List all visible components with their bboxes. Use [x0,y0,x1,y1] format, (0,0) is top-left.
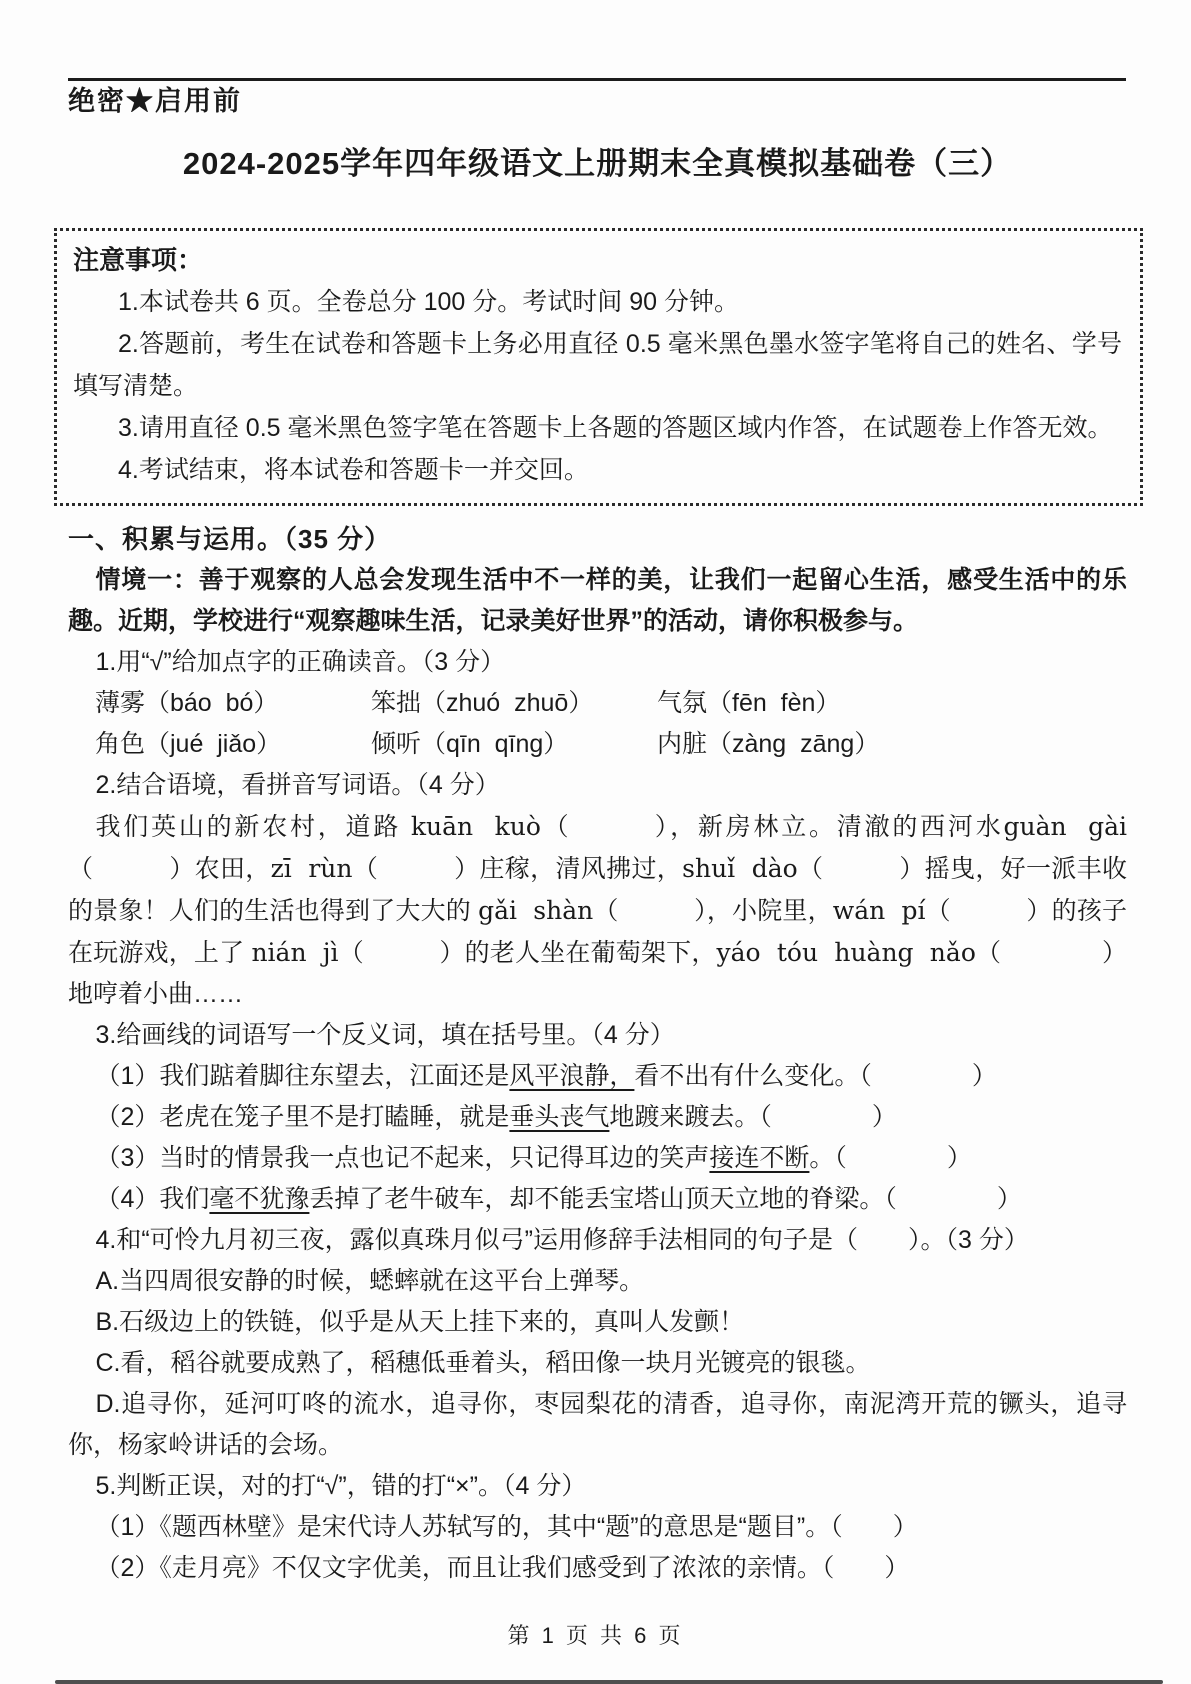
q1-row2-item-3: 内脏（zàng zāng） [657,724,879,765]
q5-stem: 5.判断正误，对的打“√”，错的打“×”。（4 分） [68,1466,1127,1507]
q3-item-1: （1）我们踮着脚往东望去，江面还是风平浪静，看不出有什么变化。（ ） [68,1056,1127,1097]
q1-row2-item-2: 倾听（qīn qīng） [371,724,657,765]
pinyin-text: nián jì [251,938,338,967]
q4-options-item-1: A.当四周很安静的时候，蟋蟀就在这平台上弹琴。 [68,1261,1127,1302]
q3-item-post: 地踱来踱去。（ ） [609,1103,897,1131]
q1-row1-item-1: 薄雾（báo bó） [95,683,371,724]
q3-item-post: 。（ ） [809,1144,972,1172]
q5-items-item-2: （2）《走月亮》不仅文字优美，而且让我们感受到了浓浓的亲情。（ ） [68,1548,1127,1589]
section-one-heading: 一、积累与运用。（35 分） [68,518,1127,560]
notice-items-item-2: 2.答题前，考生在试卷和答题卡上务必用直径 0.5 毫米黑色墨水签字笔将自己的姓… [73,323,1122,407]
q3-item-4: （4）我们毫不犹豫丢掉了老牛破车，却不能丢宝塔山顶天立地的脊梁。（ ） [68,1179,1127,1220]
underlined-phrase: 垂头丧气 [509,1103,609,1131]
q3-items: （1）我们踮着脚往东望去，江面还是风平浪静，看不出有什么变化。（ ）（2）老虎在… [68,1056,1127,1220]
q4-options-item-3: C.看，稻谷就要成熟了，稻穗低垂着头，稻田像一块月光镀亮的银毯。 [68,1343,1127,1384]
passage-text: （ ），新房林立。清澈的西河水 [541,813,1004,841]
notice-items-item-1: 1.本试卷共 6 页。全卷总分 100 分。考试时间 90 分钟。 [73,281,1122,323]
pinyin-text: kuān kuò [411,812,541,841]
pinyin-text: wán pí [833,896,926,925]
q3-item-post: 丢掉了老牛破车，却不能丢宝塔山顶天立地的脊梁。（ ） [309,1185,1022,1213]
page-number: 第 1 页 共 6 页 [0,1619,1191,1650]
q1-stem: 1.用“√”给加点字的正确读音。（3 分） [68,642,1127,683]
q2-stem: 2.结合语境，看拼音写词语。（4 分） [68,765,1127,806]
q3-stem: 3.给画线的词语写一个反义词，填在括号里。（4 分） [68,1015,1127,1056]
passage-text: （ ），小院里， [593,897,833,925]
notice-items-item-3: 3.请用直径 0.5 毫米黑色签字笔在答题卡上各题的答题区域内作答，在试题卷上作… [73,407,1122,449]
page-title: 2024-2025学年四年级语文上册期末全真模拟基础卷（三） [68,144,1127,184]
q3-item-pre: （4）我们 [96,1185,210,1213]
underlined-phrase: 风平浪静， [509,1062,634,1090]
classification-label: 绝密★启用前 [68,84,1127,118]
notice-items-item-4: 4.考试结束，将本试卷和答题卡一并交回。 [73,449,1122,491]
q4-options: A.当四周很安静的时候，蟋蟀就在这平台上弹琴。B.石级边上的铁链，似乎是从天上挂… [68,1261,1127,1466]
q4-options-item-4: D.追寻你，延河叮咚的流水，追寻你，枣园梨花的清香，追寻你，南泥湾开荒的镢头，追… [68,1384,1127,1466]
notice-items: 1.本试卷共 6 页。全卷总分 100 分。考试时间 90 分钟。2.答题前，考… [73,281,1122,491]
q5-items-item-1: （1）《题西林壁》是宋代诗人苏轼写的，其中“题”的意思是“题目”。（ ） [68,1507,1127,1548]
q3-item-2: （2）老虎在笼子里不是打瞌睡，就是垂头丧气地踱来踱去。（ ） [68,1097,1127,1138]
notice-heading: 注意事项： [73,239,1122,281]
q3-item-post: 看不出有什么变化。（ ） [634,1062,997,1090]
passage-text: （ ）的老人坐在葡萄架下， [339,939,717,967]
pinyin-text: gǎi shàn [478,896,593,925]
passage-text: （ ）庄稼，清风拂过， [353,855,683,883]
q3-item-pre: （3）当时的情景我一点也记不起来，只记得耳边的笑声 [96,1144,710,1172]
underlined-phrase: 毫不犹豫 [209,1185,309,1213]
header-rule [68,78,1126,81]
q3-item-pre: （1）我们踮着脚往东望去，江面还是 [96,1062,510,1090]
q1-row2: 角色（jué jiǎo）倾听（qīn qīng）内脏（zàng zāng） [68,724,1127,765]
pinyin-text: yáo tóu huàng nǎo [717,938,976,967]
q5-items: （1）《题西林壁》是宋代诗人苏轼写的，其中“题”的意思是“题目”。（ ）（2）《… [68,1507,1127,1589]
underlined-phrase: 接连不断 [709,1144,809,1172]
q2-passage: 我们英山的新农村，道路 kuān kuò（ ），新房林立。清澈的西河水guàn … [68,806,1127,1015]
pinyin-text: guàn gài [1004,812,1127,841]
notice-box: 注意事项： 1.本试卷共 6 页。全卷总分 100 分。考试时间 90 分钟。2… [54,228,1143,506]
q3-item-3: （3）当时的情景我一点也记不起来，只记得耳边的笑声接连不断。（ ） [68,1138,1127,1179]
q1-row1: 薄雾（báo bó）笨拙（zhuó zhuō）气氛（fēn fèn） [68,683,1127,724]
q3-item-pre: （2）老虎在笼子里不是打瞌睡，就是 [96,1103,510,1131]
scan-edge-shadow [55,1680,1163,1684]
passage-text: （ ）农田， [68,855,271,883]
pinyin-text: zī rùn [271,854,353,883]
exam-paper-page: 绝密★启用前 2024-2025学年四年级语文上册期末全真模拟基础卷（三） 注意… [0,0,1191,1684]
pinyin-text: shuǐ dào [682,854,798,883]
q1-row1-item-2: 笨拙（zhuó zhuō） [371,683,657,724]
scenario-text: 情境一：善于观察的人总会发现生活中不一样的美，让我们一起留心生活，感受生活中的乐… [68,560,1127,642]
passage-text: 我们英山的新农村，道路 [96,813,411,841]
q1-row1-item-3: 气氛（fēn fèn） [657,683,840,724]
q1-row2-item-1: 角色（jué jiǎo） [95,724,371,765]
q4-options-item-2: B.石级边上的铁链，似乎是从天上挂下来的，真叫人发颤！ [68,1302,1127,1343]
q4-stem: 4.和“可怜九月初三夜，露似真珠月似弓”运用修辞手法相同的句子是（ ）。（3 分… [68,1220,1127,1261]
